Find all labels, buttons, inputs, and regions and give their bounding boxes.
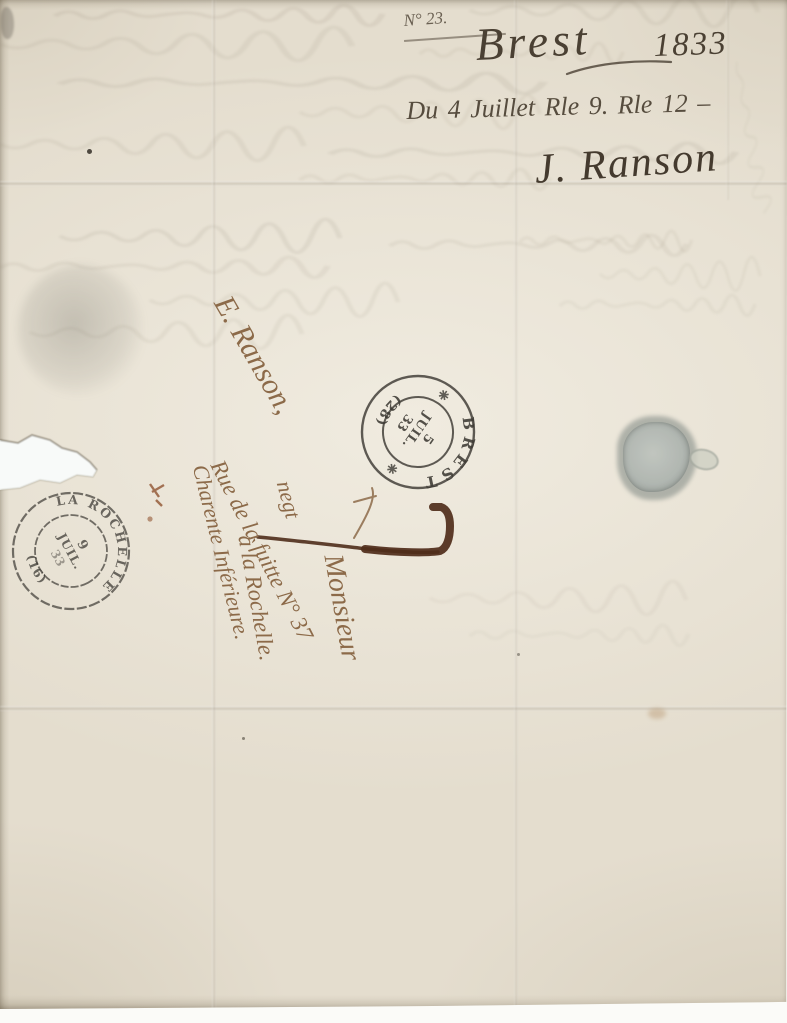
paraph-flourish: [340, 484, 385, 544]
ink-speck: [87, 149, 92, 154]
docket-dates: Du 4 Juillet Rle 9. Rle 12 –: [406, 88, 711, 126]
address-recipient: E. Ranson,: [207, 290, 302, 420]
vertical-fold-crease-right: [514, 0, 518, 1009]
rust-mark: [140, 478, 190, 533]
scanned-letter-cover: BREST (28) 5 JUIL. 33: [0, 0, 787, 1023]
stain: [648, 708, 666, 719]
corner-ink-smudge: [1, 7, 14, 39]
ink-speck: [242, 737, 245, 740]
horizontal-fold-crease-bottom: [0, 706, 787, 711]
gray-ink-smudge: [18, 265, 143, 395]
svg-text:(16): (16): [21, 550, 52, 589]
ink-speck: [517, 653, 520, 656]
docket-year: 1833: [653, 25, 728, 65]
docket-place: Brest: [474, 12, 592, 71]
postmark-la-rochelle-department: (16): [21, 550, 52, 589]
file-number-note: N° 23.: [403, 8, 448, 31]
letter-paper: BREST (28) 5 JUIL. 33: [0, 0, 787, 1009]
